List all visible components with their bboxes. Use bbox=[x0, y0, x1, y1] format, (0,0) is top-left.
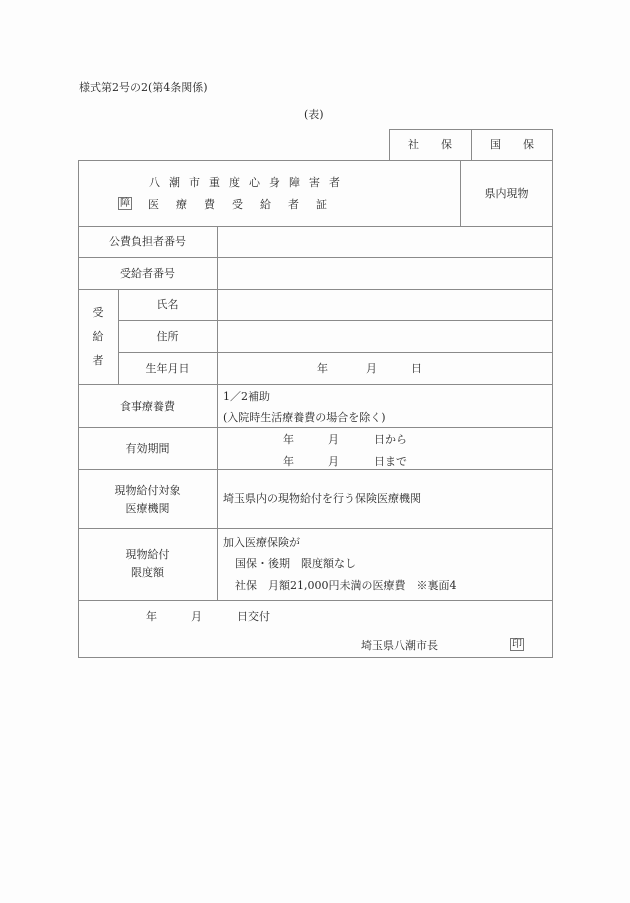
limit-label-line1: 現物給付 bbox=[78, 548, 217, 561]
birth-month-unit: 月 bbox=[366, 362, 377, 375]
issue-year-unit: 年 bbox=[146, 610, 157, 623]
meal-cost-line2: (入院時生活療養費の場合を除く) bbox=[223, 411, 386, 424]
birth-year-unit: 年 bbox=[317, 362, 328, 375]
birth-date-label: 生年月日 bbox=[118, 362, 217, 375]
validity-to-month: 月 bbox=[328, 455, 339, 468]
name-field[interactable] bbox=[222, 298, 547, 312]
institution-label-line2: 医療機関 bbox=[78, 502, 217, 515]
recipient-number-label: 受給者番号 bbox=[78, 267, 217, 280]
prefecture-in-kind-label: 県内現物 bbox=[461, 187, 552, 200]
limit-label-line2: 限度額 bbox=[78, 566, 217, 579]
recipient-group-char-1: 受 bbox=[78, 306, 118, 319]
title-line1: 八潮市重度心身障害者 bbox=[149, 176, 349, 189]
meal-cost-line1: 1／2補助 bbox=[223, 390, 270, 403]
seal-icon: 印 bbox=[510, 638, 524, 651]
institution-label-line1: 現物給付対象 bbox=[78, 484, 217, 497]
limit-line1: 加入医療保険が bbox=[223, 536, 300, 549]
disability-badge: 障 bbox=[118, 197, 132, 210]
limit-line2: 国保・後期 限度額なし bbox=[235, 557, 356, 570]
address-field[interactable] bbox=[222, 330, 547, 344]
address-label: 住所 bbox=[118, 330, 217, 343]
title-line2: 医療費受給者証 bbox=[148, 198, 344, 211]
validity-from-month: 月 bbox=[328, 433, 339, 446]
validity-from-day: 日から bbox=[374, 433, 407, 446]
validity-label: 有効期間 bbox=[78, 442, 217, 455]
meal-cost-label: 食事療養費 bbox=[78, 400, 217, 413]
public-payer-number-label: 公費負担者番号 bbox=[78, 235, 217, 248]
recipient-number-field[interactable] bbox=[222, 267, 547, 281]
recipient-group-char-2: 給 bbox=[78, 330, 118, 343]
insurance-option-kokuho: 国 保 bbox=[472, 138, 552, 151]
recipient-group-char-3: 者 bbox=[78, 354, 118, 367]
public-payer-number-field[interactable] bbox=[222, 235, 547, 249]
side-label: (表) bbox=[304, 108, 324, 121]
form-number: 様式第2号の2(第4条関係) bbox=[79, 81, 208, 94]
institution-value: 埼玉県内の現物給付を行う保険医療機関 bbox=[223, 492, 421, 505]
name-label: 氏名 bbox=[118, 298, 217, 311]
insurance-option-shaho: 社 保 bbox=[389, 138, 471, 151]
issue-day-unit: 日交付 bbox=[237, 610, 270, 623]
validity-to-day: 日まで bbox=[374, 455, 407, 468]
issuer-name: 埼玉県八潮市長 bbox=[361, 639, 438, 652]
limit-line3: 社保 月額21,000円未満の医療費 ※裏面4 bbox=[235, 579, 457, 592]
issue-month-unit: 月 bbox=[191, 610, 202, 623]
birth-day-unit: 日 bbox=[411, 362, 422, 375]
validity-to-year: 年 bbox=[283, 455, 294, 468]
validity-from-year: 年 bbox=[283, 433, 294, 446]
